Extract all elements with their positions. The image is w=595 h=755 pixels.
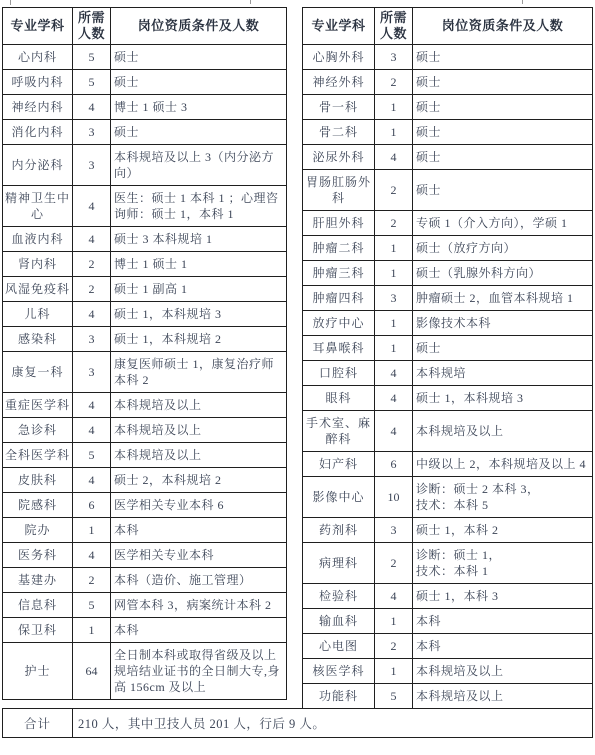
table-row: 急诊科4本科规培及以上 xyxy=(3,418,287,443)
table-row: 骨二科1硕士 xyxy=(303,120,593,145)
table-row: 院办1本科 xyxy=(3,518,287,543)
req-cell: 康复医师硕士 1，康复治疗师本科 2 xyxy=(111,352,287,393)
col-header-qualifications: 岗位资质条件及人数 xyxy=(413,8,593,45)
table-row: 心内科5硕士 xyxy=(3,45,287,70)
dept-cell: 眼科 xyxy=(303,386,375,411)
table-row: 医务科4医学相关专业本科 xyxy=(3,543,287,568)
table-row: 心胸外科3硕士 xyxy=(303,45,593,70)
table-row: 心电图2本科 xyxy=(303,634,593,659)
dept-cell: 心胸外科 xyxy=(303,45,375,70)
table-row: 肾内科2博士 1 硕士 1 xyxy=(3,252,287,277)
count-cell: 2 xyxy=(375,211,413,236)
dept-cell: 信息科 xyxy=(3,593,73,618)
table-row: 全科医学科5本科规培及以上 xyxy=(3,443,287,468)
table-row: 肿瘤三科1硕士（乳腺外科方向） xyxy=(303,261,593,286)
dept-cell: 重症医学科 xyxy=(3,393,73,418)
count-cell: 4 xyxy=(73,393,111,418)
count-cell: 5 xyxy=(73,45,111,70)
count-cell: 1 xyxy=(375,659,413,684)
dept-cell: 急诊科 xyxy=(3,418,73,443)
table-row: 泌尿外科4硕士 xyxy=(303,145,593,170)
table-row: 护士64全日制本科或取得省级及以上规培结业证书的全日制大专,身高 156cm 及… xyxy=(3,643,287,700)
count-cell: 1 xyxy=(375,261,413,286)
table-row: 精神卫生中心4医生：硕士 1 本科 1 ；心理咨询师：硕士 1，本科 1 xyxy=(3,186,287,227)
dept-cell: 放疗中心 xyxy=(303,311,375,336)
req-cell: 本科 xyxy=(413,634,593,659)
req-cell: 医学相关专业本科 xyxy=(111,543,287,568)
count-cell: 64 xyxy=(73,643,111,700)
req-cell: 本科（造价、施工管理） xyxy=(111,568,287,593)
count-cell: 4 xyxy=(375,386,413,411)
table-row: 儿科4硕士 1，本科规培 3 xyxy=(3,302,287,327)
tables-container: 专业学科 所需人数 岗位资质条件及人数 心内科5硕士呼吸内科5硕士神经内科4博士… xyxy=(2,7,593,709)
dept-cell: 影像中心 xyxy=(303,477,375,518)
req-cell: 影像技术本科 xyxy=(413,311,593,336)
count-cell: 6 xyxy=(375,452,413,477)
count-cell: 4 xyxy=(375,584,413,609)
count-cell: 6 xyxy=(73,493,111,518)
dept-cell: 手术室、麻醉科 xyxy=(303,411,375,452)
table-row: 风湿免疫科2硕士 1 副高 1 xyxy=(3,277,287,302)
req-cell: 本科规培及以上 xyxy=(111,418,287,443)
count-cell: 4 xyxy=(73,468,111,493)
req-cell: 本科 xyxy=(111,518,287,543)
table-row: 骨一科1硕士 xyxy=(303,95,593,120)
req-cell: 硕士 xyxy=(413,70,593,95)
table-row: 呼吸内科5硕士 xyxy=(3,70,287,95)
req-cell: 本科 xyxy=(111,618,287,643)
dept-cell: 泌尿外科 xyxy=(303,145,375,170)
req-cell: 全日制本科或取得省级及以上规培结业证书的全日制大专,身高 156cm 及以上 xyxy=(111,643,287,700)
count-cell: 2 xyxy=(375,634,413,659)
count-cell: 3 xyxy=(73,145,111,186)
dept-cell: 呼吸内科 xyxy=(3,70,73,95)
recruitment-table-right: 专业学科 所需人数 岗位资质条件及人数 心胸外科3硕士神经外科2硕士骨一科1硕士… xyxy=(302,7,593,709)
req-cell: 硕士（乳腺外科方向） xyxy=(413,261,593,286)
dept-cell: 消化内科 xyxy=(3,120,73,145)
table-row: 病理科2诊断：硕士 1， 技术：本科 1 xyxy=(303,543,593,584)
dept-cell: 口腔科 xyxy=(303,361,375,386)
table-row: 胃肠肛肠外科2硕士 xyxy=(303,170,593,211)
count-cell: 3 xyxy=(73,352,111,393)
count-cell: 1 xyxy=(73,518,111,543)
req-cell: 硕士 1，本科规培 2 xyxy=(111,327,287,352)
table-row: 眼科4硕士 1，本科规培 3 xyxy=(303,386,593,411)
req-cell: 硕士 xyxy=(111,70,287,95)
header-row: 专业学科 所需人数 岗位资质条件及人数 xyxy=(303,8,593,45)
req-cell: 本科规培及以上 xyxy=(413,659,593,684)
dept-cell: 肿瘤三科 xyxy=(303,261,375,286)
dept-cell: 精神卫生中心 xyxy=(3,186,73,227)
req-cell: 硕士 xyxy=(413,120,593,145)
dept-cell: 功能科 xyxy=(303,684,375,709)
req-cell: 诊断：硕士 2 本科 3， 技术：本科 5 xyxy=(413,477,593,518)
dept-cell: 肿瘤二科 xyxy=(303,236,375,261)
count-cell: 4 xyxy=(73,227,111,252)
count-cell: 4 xyxy=(73,543,111,568)
count-cell: 3 xyxy=(375,286,413,311)
dept-cell: 院办 xyxy=(3,518,73,543)
dept-cell: 保卫科 xyxy=(3,618,73,643)
count-cell: 5 xyxy=(73,70,111,95)
total-label: 合计 xyxy=(3,709,73,737)
count-cell: 1 xyxy=(375,120,413,145)
count-cell: 3 xyxy=(73,120,111,145)
count-cell: 3 xyxy=(73,327,111,352)
dept-cell: 神经内科 xyxy=(3,95,73,120)
dept-cell: 血液内科 xyxy=(3,227,73,252)
count-cell: 2 xyxy=(375,170,413,211)
req-cell: 硕士 1，本科 3 xyxy=(413,584,593,609)
req-cell: 网管本科 3，病案统计本科 2 xyxy=(111,593,287,618)
req-cell: 本科规培及以上 xyxy=(111,393,287,418)
count-cell: 4 xyxy=(73,302,111,327)
count-cell: 4 xyxy=(375,411,413,452)
table-row: 内分泌科3本科规培及以上 3（内分泌方向） xyxy=(3,145,287,186)
table-row: 肝胆外科2专硕 1（介入方向），学硕 1 xyxy=(303,211,593,236)
count-cell: 2 xyxy=(73,568,111,593)
dept-cell: 护士 xyxy=(3,643,73,700)
count-cell: 3 xyxy=(375,45,413,70)
req-cell: 本科规培及以上 xyxy=(413,684,593,709)
count-cell: 2 xyxy=(73,252,111,277)
table-row: 神经外科2硕士 xyxy=(303,70,593,95)
table-row: 保卫科1本科 xyxy=(3,618,287,643)
req-cell: 硕士 1 副高 1 xyxy=(111,277,287,302)
dept-cell: 检验科 xyxy=(303,584,375,609)
dept-cell: 骨一科 xyxy=(303,95,375,120)
table-row: 手术室、麻醉科4本科规培及以上 xyxy=(303,411,593,452)
req-cell: 医学相关专业本科 6 xyxy=(111,493,287,518)
document-page: 专业学科 所需人数 岗位资质条件及人数 心内科5硕士呼吸内科5硕士神经内科4博士… xyxy=(0,0,595,755)
dept-cell: 基建办 xyxy=(3,568,73,593)
col-header-discipline: 专业学科 xyxy=(303,8,375,45)
table-row: 皮肤科4硕士 2，本科规培 2 xyxy=(3,468,287,493)
total-row: 合计 210 人，其中卫技人员 201 人，行后 9 人。 xyxy=(2,708,593,738)
dept-cell: 耳鼻喉科 xyxy=(303,336,375,361)
dept-cell: 皮肤科 xyxy=(3,468,73,493)
dept-cell: 妇产科 xyxy=(303,452,375,477)
req-cell: 硕士 2，本科规培 2 xyxy=(111,468,287,493)
req-cell: 硕士 xyxy=(111,45,287,70)
req-cell: 专硕 1（介入方向），学硕 1 xyxy=(413,211,593,236)
count-cell: 4 xyxy=(73,95,111,120)
dept-cell: 肝胆外科 xyxy=(303,211,375,236)
dept-cell: 儿科 xyxy=(3,302,73,327)
table-row: 影像中心10诊断：硕士 2 本科 3， 技术：本科 5 xyxy=(303,477,593,518)
table-row: 肿瘤四科3肿瘤硕士 2，血管本科规培 1 xyxy=(303,286,593,311)
col-header-qualifications: 岗位资质条件及人数 xyxy=(111,8,287,45)
dept-cell: 全科医学科 xyxy=(3,443,73,468)
req-cell: 硕士 1，本科规培 3 xyxy=(111,302,287,327)
req-cell: 硕士 xyxy=(413,95,593,120)
col-header-headcount: 所需人数 xyxy=(375,8,413,45)
count-cell: 2 xyxy=(375,543,413,584)
table-row: 肿瘤二科1硕士（放疗方向） xyxy=(303,236,593,261)
count-cell: 1 xyxy=(375,95,413,120)
dept-cell: 康复一科 xyxy=(3,352,73,393)
req-cell: 医生：硕士 1 本科 1 ；心理咨询师：硕士 1，本科 1 xyxy=(111,186,287,227)
req-cell: 硕士 3 本科规培 1 xyxy=(111,227,287,252)
table-row: 输血科1本科 xyxy=(303,609,593,634)
req-cell: 本科规培及以上 3（内分泌方向） xyxy=(111,145,287,186)
count-cell: 10 xyxy=(375,477,413,518)
req-cell: 硕士 1，本科规培 3 xyxy=(413,386,593,411)
col-header-headcount: 所需人数 xyxy=(73,8,111,45)
req-cell: 硕士 xyxy=(413,336,593,361)
count-cell: 1 xyxy=(375,609,413,634)
count-cell: 5 xyxy=(73,443,111,468)
count-cell: 2 xyxy=(73,277,111,302)
req-cell: 硕士（放疗方向） xyxy=(413,236,593,261)
table-row: 放疗中心1影像技术本科 xyxy=(303,311,593,336)
table-row: 基建办2本科（造价、施工管理） xyxy=(3,568,287,593)
req-cell: 硕士 1，本科 2 xyxy=(413,518,593,543)
req-cell: 诊断：硕士 1， 技术：本科 1 xyxy=(413,543,593,584)
dept-cell: 肾内科 xyxy=(3,252,73,277)
req-cell: 硕士 xyxy=(413,145,593,170)
count-cell: 4 xyxy=(375,361,413,386)
scan-artifact xyxy=(10,0,11,5)
req-cell: 本科规培及以上 xyxy=(111,443,287,468)
header-row: 专业学科 所需人数 岗位资质条件及人数 xyxy=(3,8,287,45)
count-cell: 4 xyxy=(375,145,413,170)
dept-cell: 药剂科 xyxy=(303,518,375,543)
count-cell: 1 xyxy=(73,618,111,643)
count-cell: 4 xyxy=(73,418,111,443)
total-text: 210 人，其中卫技人员 201 人，行后 9 人。 xyxy=(73,709,592,737)
req-cell: 本科规培及以上 xyxy=(413,411,593,452)
req-cell: 中级以上 2，本科规培及以上 4 xyxy=(413,452,593,477)
dept-cell: 神经外科 xyxy=(303,70,375,95)
req-cell: 博士 1 硕士 1 xyxy=(111,252,287,277)
table-row: 耳鼻喉科1硕士 xyxy=(303,336,593,361)
dept-cell: 风湿免疫科 xyxy=(3,277,73,302)
table-row: 功能科5本科规培及以上 xyxy=(303,684,593,709)
count-cell: 2 xyxy=(375,70,413,95)
count-cell: 5 xyxy=(73,593,111,618)
dept-cell: 内分泌科 xyxy=(3,145,73,186)
table-row: 信息科5网管本科 3，病案统计本科 2 xyxy=(3,593,287,618)
dept-cell: 医务科 xyxy=(3,543,73,568)
dept-cell: 胃肠肛肠外科 xyxy=(303,170,375,211)
dept-cell: 输血科 xyxy=(303,609,375,634)
dept-cell: 病理科 xyxy=(303,543,375,584)
count-cell: 1 xyxy=(375,236,413,261)
table-row: 院感科6医学相关专业本科 6 xyxy=(3,493,287,518)
scan-artifact xyxy=(522,0,523,4)
table-row: 药剂科3硕士 1，本科 2 xyxy=(303,518,593,543)
req-cell: 肿瘤硕士 2，血管本科规培 1 xyxy=(413,286,593,311)
dept-cell: 感染科 xyxy=(3,327,73,352)
dept-cell: 骨二科 xyxy=(303,120,375,145)
table-row: 消化内科3硕士 xyxy=(3,120,287,145)
count-cell: 1 xyxy=(375,336,413,361)
table-row: 重症医学科4本科规培及以上 xyxy=(3,393,287,418)
dept-cell: 院感科 xyxy=(3,493,73,518)
count-cell: 1 xyxy=(375,311,413,336)
dept-cell: 心内科 xyxy=(3,45,73,70)
req-cell: 硕士 xyxy=(111,120,287,145)
count-cell: 3 xyxy=(375,518,413,543)
dept-cell: 核医学科 xyxy=(303,659,375,684)
table-row: 检验科4硕士 1，本科 3 xyxy=(303,584,593,609)
table-row: 感染科3硕士 1，本科规培 2 xyxy=(3,327,287,352)
req-cell: 本科 xyxy=(413,609,593,634)
dept-cell: 心电图 xyxy=(303,634,375,659)
count-cell: 4 xyxy=(73,186,111,227)
table-row: 神经内科4博士 1 硕士 3 xyxy=(3,95,287,120)
table-row: 口腔科4本科规培 xyxy=(303,361,593,386)
scan-artifact xyxy=(250,0,251,4)
req-cell: 硕士 xyxy=(413,170,593,211)
table-row: 核医学科1本科规培及以上 xyxy=(303,659,593,684)
table-row: 血液内科4硕士 3 本科规培 1 xyxy=(3,227,287,252)
col-header-discipline: 专业学科 xyxy=(3,8,73,45)
req-cell: 硕士 xyxy=(413,45,593,70)
count-cell: 5 xyxy=(375,684,413,709)
table-row: 妇产科6中级以上 2，本科规培及以上 4 xyxy=(303,452,593,477)
dept-cell: 肿瘤四科 xyxy=(303,286,375,311)
table-row: 康复一科3康复医师硕士 1，康复治疗师本科 2 xyxy=(3,352,287,393)
req-cell: 博士 1 硕士 3 xyxy=(111,95,287,120)
req-cell: 本科规培 xyxy=(413,361,593,386)
recruitment-table-left: 专业学科 所需人数 岗位资质条件及人数 心内科5硕士呼吸内科5硕士神经内科4博士… xyxy=(2,7,287,700)
